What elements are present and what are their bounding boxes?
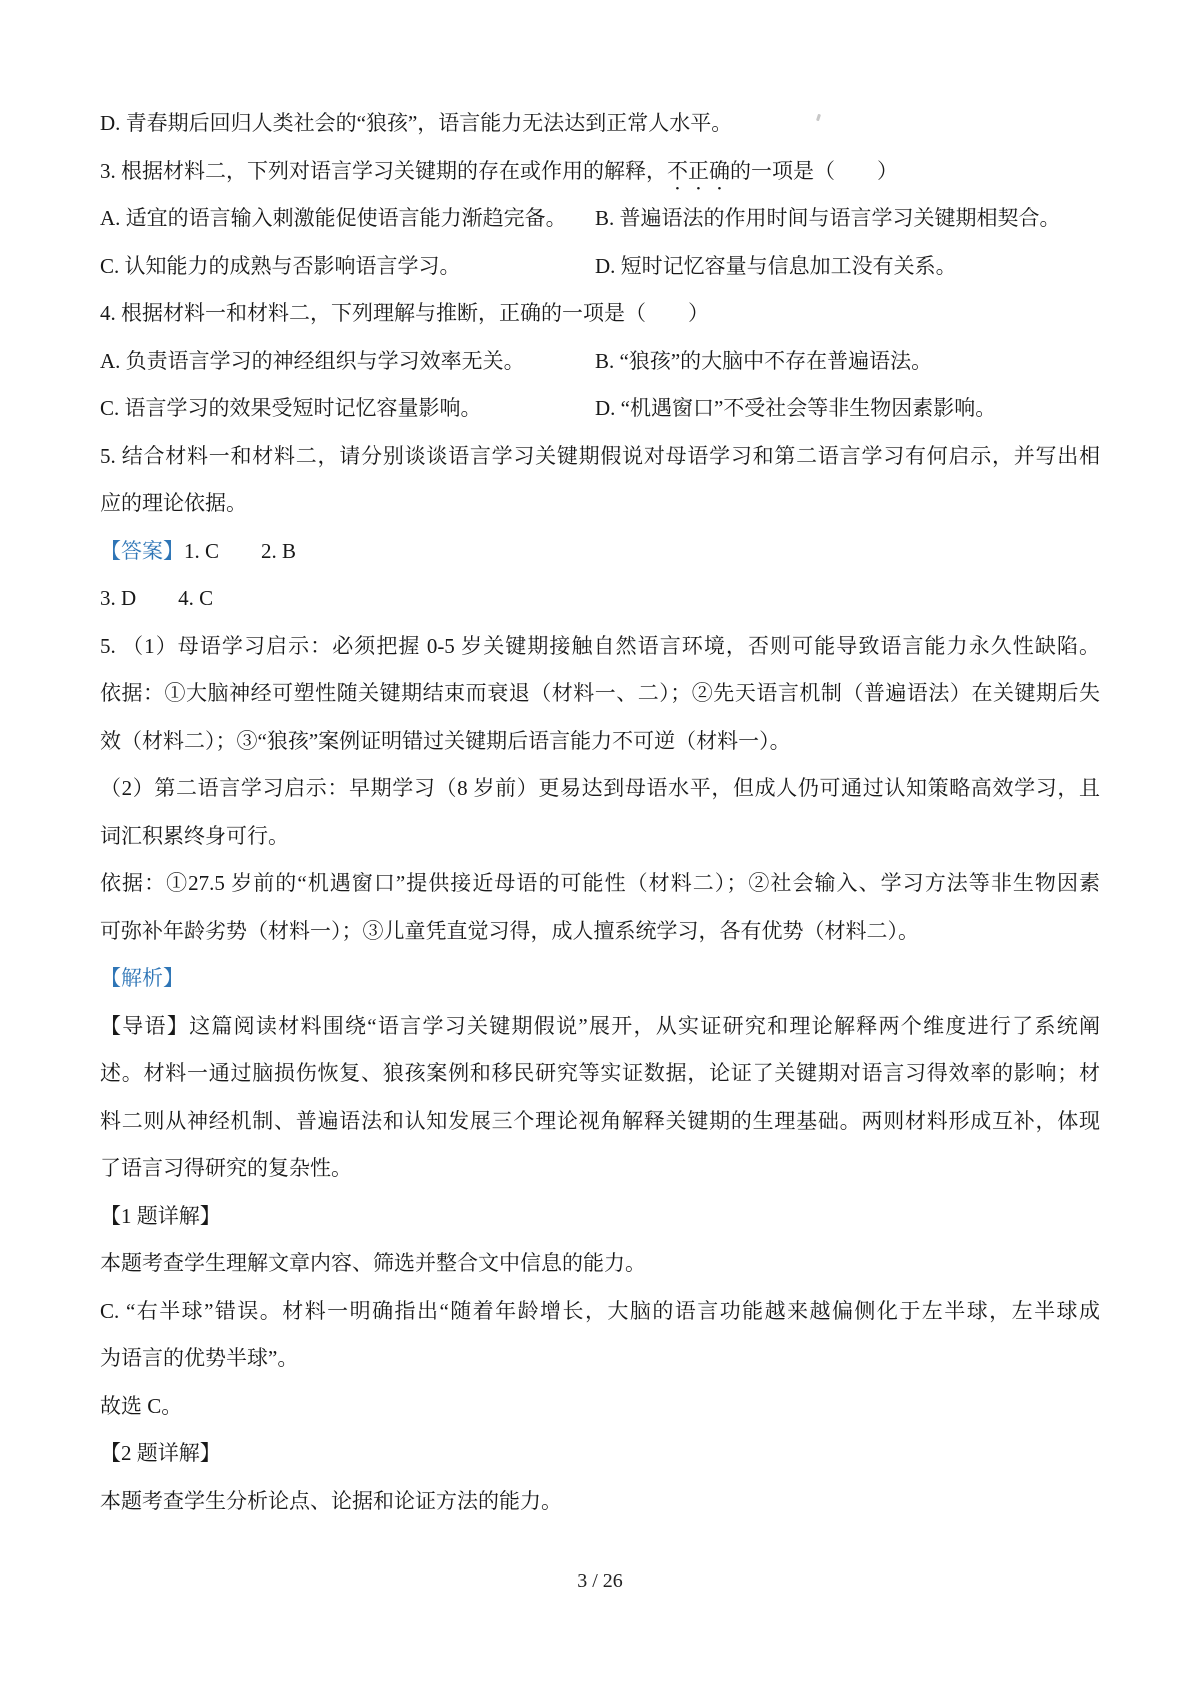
text-segment: 5. （1）母语学习启示：必须把握 0-5 岁关键期接触自然语言环境，否则可能导… <box>100 634 1100 658</box>
text-segment: 5. 结合材料一和材料二，请分别谈谈语言学习关键期假说对母语学习和第二语言学习有… <box>100 444 1100 468</box>
text-segment: （2）第二语言学习启示：早期学习（8 岁前）更易达到母语水平，但成人仍可通过认知… <box>100 776 1100 800</box>
overview-3: 料二则从神经机制、普遍语法和认知发展三个理论视角解释关键期的生理基础。两则材料形… <box>100 1098 1100 1146</box>
question-3-options-ab: A. 适宜的语言输入刺激能促使语言能力渐趋完备。B. 普遍语法的作用时间与语言学… <box>100 195 1100 243</box>
answer-5-second-basis-2: 可弥补年龄劣势（材料一）；③儿童凭直觉习得，成人擅系统学习，各有优势（材料二）。 <box>100 908 1100 956</box>
q1-explain-3: 为语言的优势半球”。 <box>100 1335 1100 1383</box>
question-5-stem-1: 5. 结合材料一和材料二，请分别谈谈语言学习关键期假说对母语学习和第二语言学习有… <box>100 433 1100 481</box>
question-3-options-ab-left: A. 适宜的语言输入刺激能促使语言能力渐趋完备。 <box>100 206 567 230</box>
question-3-options-cd: C. 认知能力的成熟与否影响语言学习。D. 短时记忆容量与信息加工没有关系。 <box>100 243 1100 291</box>
overview-1: 【导语】这篇阅读材料围绕“语言学习关键期假说”展开，从实证研究和理论解释两个维度… <box>100 1003 1100 1051</box>
question-4-options-cd-right: D. “机遇窗口”不受社会等非生物因素影响。 <box>595 385 996 433</box>
q2-explain-1: 本题考查学生分析论点、论据和论证方法的能力。 <box>100 1478 1100 1526</box>
answer-5-second-2: 词汇积累终身可行。 <box>100 813 1100 861</box>
text-segment: 可弥补年龄劣势（材料一）；③儿童凭直觉习得，成人擅系统学习，各有优势（材料二）。 <box>100 919 919 943</box>
q1-explain-heading: 【1 题详解】 <box>100 1193 1100 1241</box>
question-5-stem-2: 应的理论依据。 <box>100 480 1100 528</box>
question-4-options-ab: A. 负责语言学习的神经组织与学习效率无关。B. “狼孩”的大脑中不存在普遍语法… <box>100 338 1100 386</box>
q1-explain-2: C. “右半球”错误。材料一明确指出“随着年龄增长，大脑的语言功能越来越偏侧化于… <box>100 1288 1100 1336</box>
q1-explain-1: 本题考查学生理解文章内容、筛选并整合文中信息的能力。 <box>100 1240 1100 1288</box>
text-segment: 4. 根据材料一和材料二，下列理解与推断，正确的一项是（ ） <box>100 301 709 325</box>
text-segment: 应的理论依据。 <box>100 491 247 515</box>
text-segment: D. 青春期后回归人类社会的“狼孩”，语言能力无法达到正常人水平。 <box>100 111 732 135</box>
text-segment: 【1 题详解】 <box>100 1204 221 1228</box>
overview-4: 了语言习得研究的复杂性。 <box>100 1145 1100 1193</box>
q1-explain-conclusion: 故选 C。 <box>100 1383 1100 1431</box>
q2-explain-heading: 【2 题详解】 <box>100 1430 1100 1478</box>
text-segment: 本题考查学生理解文章内容、筛选并整合文中信息的能力。 <box>100 1251 646 1275</box>
text-segment: 本题考查学生分析论点、论据和论证方法的能力。 <box>100 1489 562 1513</box>
answer-line-1: 【答案】1. C 2. B <box>100 528 1100 576</box>
question-3-options-ab-right: B. 普遍语法的作用时间与语言学习关键期相契合。 <box>595 195 1061 243</box>
answer-line-2: 3. D 4. C <box>100 575 1100 623</box>
question-4-options-cd: C. 语言学习的效果受短时记忆容量影响。D. “机遇窗口”不受社会等非生物因素影… <box>100 385 1100 433</box>
overview-2: 述。材料一通过脑损伤恢复、狼孩案例和移民研究等实证数据，论证了关键期对语言习得效… <box>100 1050 1100 1098</box>
text-segment: 为语言的优势半球”。 <box>100 1346 298 1370</box>
text-segment: 料二则从神经机制、普遍语法和认知发展三个理论视角解释关键期的生理基础。两则材料形… <box>100 1109 1100 1133</box>
answer-5-native-basis-1: 依据：①大脑神经可塑性随关键期结束而衰退（材料一、二）；②先天语言机制（普遍语法… <box>100 670 1100 718</box>
text-segment: 故选 C。 <box>100 1394 182 1418</box>
page-number: 3 / 26 <box>0 1565 1200 1597</box>
text-segment: 的一项是（ ） <box>730 159 898 183</box>
question-3-options-cd-right: D. 短时记忆容量与信息加工没有关系。 <box>595 243 957 291</box>
emphasized-text: 不正确 <box>667 159 730 183</box>
question-4-options-ab-right: B. “狼孩”的大脑中不存在普遍语法。 <box>595 338 932 386</box>
answer-5-native-1: 5. （1）母语学习启示：必须把握 0-5 岁关键期接触自然语言环境，否则可能导… <box>100 623 1100 671</box>
question-4-options-cd-left: C. 语言学习的效果受短时记忆容量影响。 <box>100 396 482 420</box>
document-body: D. 青春期后回归人类社会的“狼孩”，语言能力无法达到正常人水平。3. 根据材料… <box>100 100 1100 1525</box>
document-page: D. 青春期后回归人类社会的“狼孩”，语言能力无法达到正常人水平。3. 根据材料… <box>0 0 1200 1697</box>
text-segment: C. “右半球”错误。材料一明确指出“随着年龄增长，大脑的语言功能越来越偏侧化于… <box>100 1299 1100 1323</box>
text-segment: 依据：①27.5 岁前的“机遇窗口”提供接近母语的可能性（材料二）；②社会输入、… <box>100 871 1100 895</box>
section-label: 【答案】 <box>100 539 184 563</box>
option-d-line: D. 青春期后回归人类社会的“狼孩”，语言能力无法达到正常人水平。 <box>100 100 1100 148</box>
question-4-options-ab-left: A. 负责语言学习的神经组织与学习效率无关。 <box>100 349 525 373</box>
answer-5-second-1: （2）第二语言学习启示：早期学习（8 岁前）更易达到母语水平，但成人仍可通过认知… <box>100 765 1100 813</box>
text-segment: 【2 题详解】 <box>100 1441 221 1465</box>
text-segment: 了语言习得研究的复杂性。 <box>100 1156 352 1180</box>
question-3-options-cd-left: C. 认知能力的成熟与否影响语言学习。 <box>100 254 461 278</box>
question-4-stem: 4. 根据材料一和材料二，下列理解与推断，正确的一项是（ ） <box>100 290 1100 338</box>
text-segment: 依据：①大脑神经可塑性随关键期结束而衰退（材料一、二）；②先天语言机制（普遍语法… <box>100 681 1100 705</box>
answer-5-second-basis-1: 依据：①27.5 岁前的“机遇窗口”提供接近母语的可能性（材料二）；②社会输入、… <box>100 860 1100 908</box>
text-segment: 3. 根据材料二，下列对语言学习关键期的存在或作用的解释， <box>100 159 667 183</box>
text-segment: 述。材料一通过脑损伤恢复、狼孩案例和移民研究等实证数据，论证了关键期对语言习得效… <box>100 1061 1100 1085</box>
analysis-label-line: 【解析】 <box>100 955 1100 1003</box>
answer-5-native-basis-2: 效（材料二）；③“狼孩”案例证明错过关键期后语言能力不可逆（材料一）。 <box>100 718 1100 766</box>
text-segment: 词汇积累终身可行。 <box>100 824 289 848</box>
text-segment: 3. D 4. C <box>100 586 213 610</box>
text-segment: 1. C 2. B <box>184 539 296 563</box>
section-label: 【解析】 <box>100 966 184 990</box>
text-segment: 效（材料二）；③“狼孩”案例证明错过关键期后语言能力不可逆（材料一）。 <box>100 729 791 753</box>
text-segment: 【导语】这篇阅读材料围绕“语言学习关键期假说”展开，从实证研究和理论解释两个维度… <box>100 1014 1100 1038</box>
question-3-stem: 3. 根据材料二，下列对语言学习关键期的存在或作用的解释，不正确的一项是（ ） <box>100 148 1100 196</box>
